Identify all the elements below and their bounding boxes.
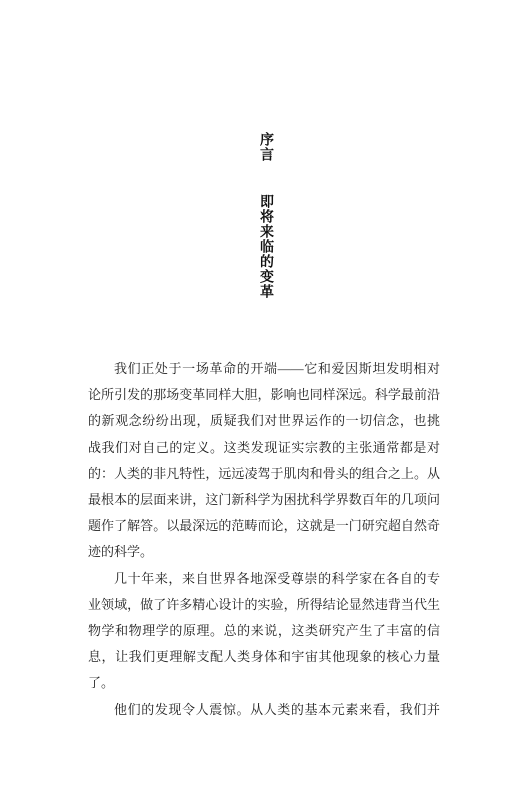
chapter-title-label: 序言 [259, 132, 275, 162]
chapter-subtitle-label: 即将来临的变革 [259, 194, 275, 299]
book-page: 序言 即将来临的变革 我们正处于一场革命的开端——它和爱因斯坦发明相对 论所引发… [0, 0, 511, 797]
paragraph-1: 我们正处于一场革命的开端——它和爱因斯坦发明相对 论所引发的那场变革同样大胆，影… [88, 356, 440, 566]
text-line: 题作了解答。以最深远的范畴而论，这就是一门研究超自然奇 [88, 513, 440, 539]
body-text: 我们正处于一场革命的开端——它和爱因斯坦发明相对 论所引发的那场变革同样大胆，影… [88, 356, 440, 723]
text-line: 我们正处于一场革命的开端——它和爱因斯坦发明相对 [88, 356, 440, 382]
text-line: 息，让我们更理解支配人类身体和宇宙其他现象的核心力量 [88, 644, 440, 670]
paragraph-3: 他们的发现令人震惊。从人类的基本元素来看，我们并 [88, 697, 440, 723]
text-line: 他们的发现令人震惊。从人类的基本元素来看，我们并 [88, 697, 440, 723]
text-line: 最根本的层面来讲，这门新科学为困扰科学界数百年的几项问 [88, 487, 440, 513]
text-line: 业领域，做了许多精心设计的实验，所得结论显然违背当代生 [88, 592, 440, 618]
text-line: 的新观念纷纷出现，质疑我们对世界运作的一切信念，也挑 [88, 408, 440, 434]
text-line: 战我们对自己的定义。这类发现证实宗教的主张通常都是对 [88, 435, 440, 461]
text-line: 了。 [88, 670, 440, 696]
text-line: 的：人类的非凡特性，远远凌驾于肌肉和骨头的组合之上。从 [88, 461, 440, 487]
text-line: 论所引发的那场变革同样大胆，影响也同样深远。科学最前沿 [88, 382, 440, 408]
text-line: 几十年来，来自世界各地深受尊崇的科学家在各自的专 [88, 566, 440, 592]
paragraph-2: 几十年来，来自世界各地深受尊崇的科学家在各自的专 业领域，做了许多精心设计的实验… [88, 566, 440, 697]
chapter-title-vertical: 序言 即将来临的变革 [257, 132, 277, 299]
text-line: 物学和物理学的原理。总的来说，这类研究产生了丰富的信 [88, 618, 440, 644]
text-line: 迹的科学。 [88, 539, 440, 565]
